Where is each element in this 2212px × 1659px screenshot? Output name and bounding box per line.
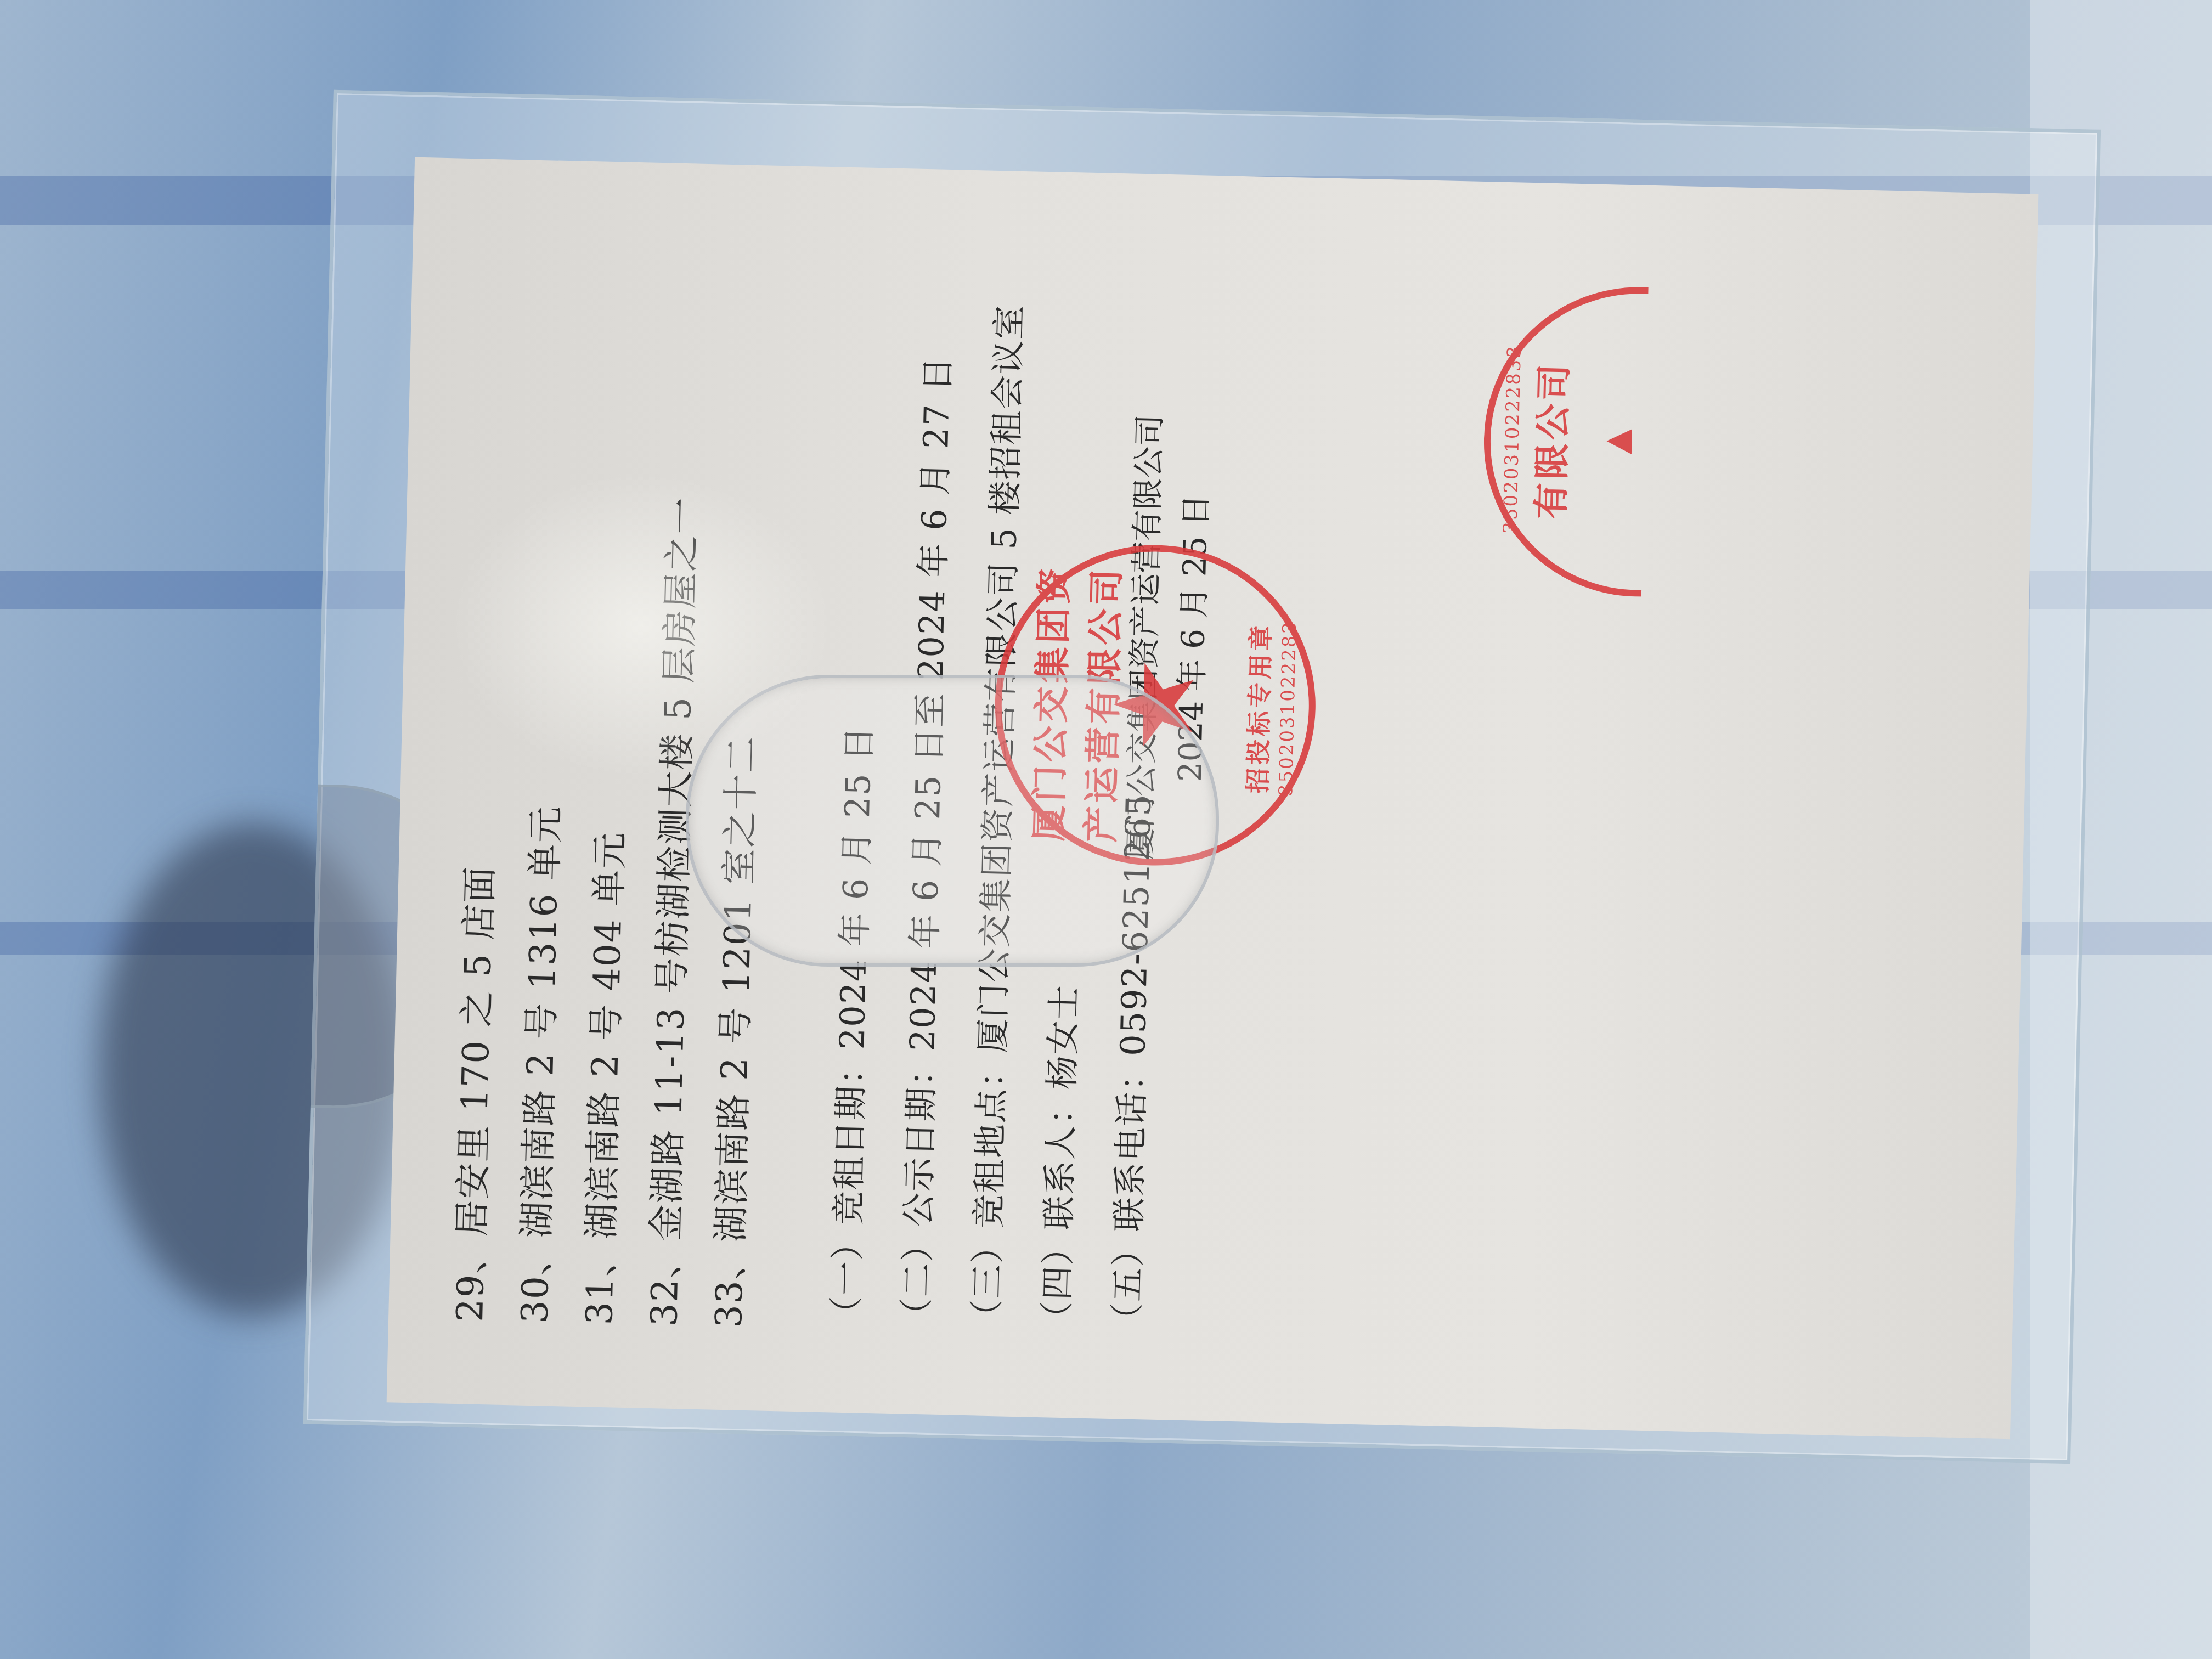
seal-purpose-text: 招投标专用章	[1236, 554, 1279, 861]
partial-seal-text: 有限公司	[1520, 291, 1579, 589]
partial-seal: 35020310222833 有限公司 ▲	[1481, 284, 1797, 600]
holder-thumb-slot	[686, 675, 1219, 967]
triangle-mark-icon: ▲	[1600, 428, 1633, 455]
